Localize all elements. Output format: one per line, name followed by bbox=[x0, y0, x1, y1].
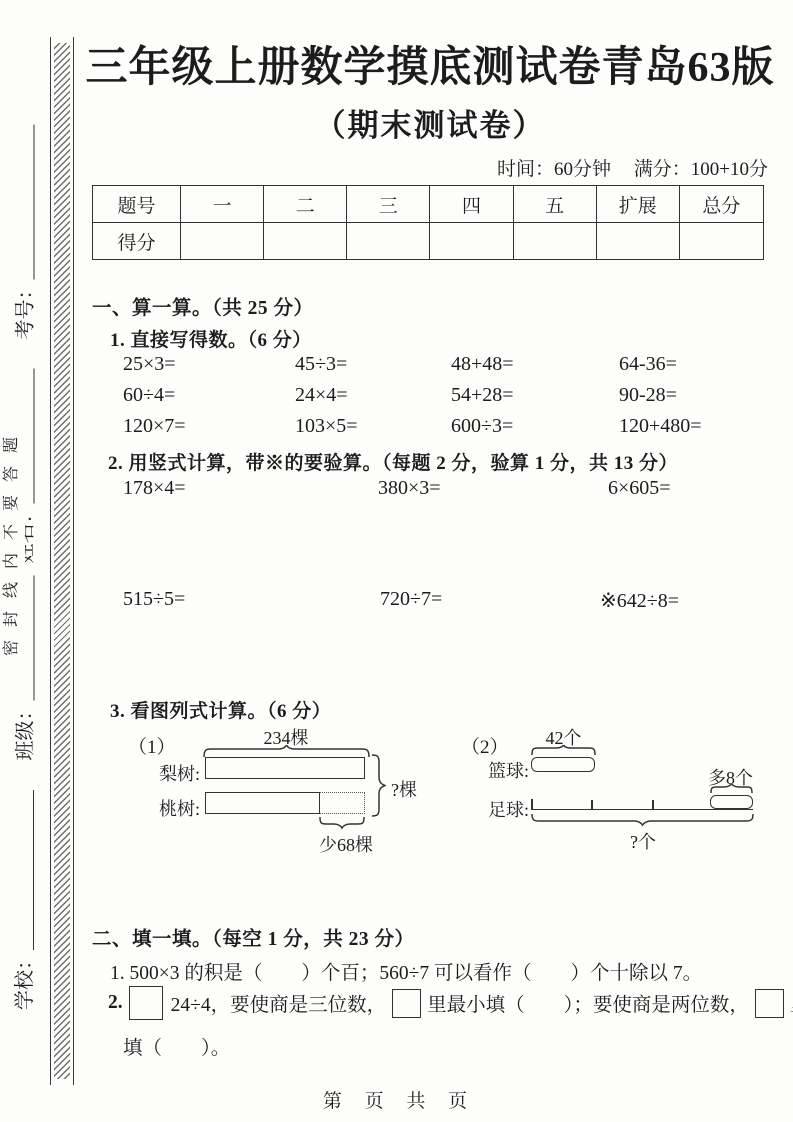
question-count-label: ?棵 bbox=[391, 776, 417, 802]
soccer-extra-box bbox=[710, 795, 753, 809]
tick-mark bbox=[591, 800, 593, 809]
exam-paper: 密封线内不要答题 考号： 姓名： 班级： 学校： 三年级上册数学摸底测试卷青岛6… bbox=[0, 0, 793, 1122]
pear-tree-bar bbox=[205, 757, 365, 779]
score-col-2: 二 bbox=[264, 186, 347, 223]
problem: 25×3= bbox=[123, 349, 295, 380]
name-blank bbox=[34, 369, 35, 504]
exam-number-blank bbox=[34, 125, 35, 280]
score-blank-cell bbox=[597, 223, 680, 259]
problem: 720÷7= bbox=[380, 588, 600, 613]
fill-q2-seg1: 24÷4，要使商是三位数， bbox=[171, 989, 386, 1017]
problem: 54+28= bbox=[451, 380, 619, 411]
problem: 64-36= bbox=[619, 349, 771, 380]
overbrace-extra bbox=[710, 784, 753, 794]
blank-box bbox=[755, 989, 784, 1018]
soccer-label: 足球: bbox=[488, 796, 529, 822]
score-col-3: 三 bbox=[347, 186, 430, 223]
q3-heading: 3. 看图列式计算。（6 分） bbox=[110, 696, 331, 723]
peach-tree-bar bbox=[205, 792, 320, 814]
score-blank-cell bbox=[680, 223, 763, 259]
score-blank-cell bbox=[430, 223, 513, 259]
field-school-label: 学校： bbox=[13, 950, 37, 1010]
page-footer: 第 页 共 页 bbox=[0, 1086, 793, 1113]
problem: 515÷5= bbox=[123, 588, 380, 613]
problem: 120+480= bbox=[619, 411, 771, 442]
q2-heading: 2. 用竖式计算，带※的要验算。（每题 2 分，验算 1 分，共 13 分） bbox=[108, 448, 678, 475]
problem: 6×605= bbox=[608, 477, 771, 500]
right-brace-question bbox=[372, 754, 386, 817]
score-blank-cell bbox=[347, 223, 430, 259]
field-exam-number: 考号： bbox=[14, 125, 38, 340]
score-col-4: 四 bbox=[430, 186, 513, 223]
problem: 24×4= bbox=[295, 380, 451, 411]
fill-q2-line1: 2. 24÷4，要使商是三位数， 里最小填（ ）；要使商是两位数， 里最大 bbox=[108, 986, 793, 1020]
problem: 60÷4= bbox=[123, 380, 295, 411]
overbrace-basketball bbox=[531, 745, 596, 756]
score-table-corner: 题号 bbox=[93, 186, 181, 223]
vertical-calc-row1: 178×4= 380×3= 6×605= bbox=[123, 477, 771, 500]
diagram1-number: （1） bbox=[128, 732, 176, 759]
problem: 48+48= bbox=[451, 349, 619, 380]
field-exam-number-label: 考号： bbox=[14, 280, 38, 340]
field-school: 学校： bbox=[13, 790, 37, 1010]
peach-tree-label: 桃树: bbox=[159, 795, 200, 821]
problem: 45÷3= bbox=[295, 349, 451, 380]
score-blank-cell bbox=[264, 223, 347, 259]
underbrace-less bbox=[319, 817, 366, 830]
mental-math-grid: 25×3= 45÷3= 48+48= 64-36= 60÷4= 24×4= 54… bbox=[123, 349, 771, 442]
blank-box bbox=[129, 986, 163, 1020]
problem: 90-28= bbox=[619, 380, 771, 411]
problem: 380×3= bbox=[378, 477, 608, 500]
page-subtitle: （期末测试卷） bbox=[80, 100, 780, 145]
soccer-question-label: ?个 bbox=[608, 828, 678, 854]
section1-heading: 一、算一算。（共 25 分） bbox=[92, 292, 314, 320]
problem: 103×5= bbox=[295, 411, 451, 442]
peach-tree-missing-bar bbox=[320, 792, 365, 814]
score-col-5: 五 bbox=[514, 186, 597, 223]
seal-line-text: 密封线内不要答题 bbox=[0, 410, 25, 670]
diagram2-number: （2） bbox=[461, 732, 509, 759]
score-row-label: 得分 bbox=[93, 223, 181, 259]
score-blank-cell bbox=[181, 223, 264, 259]
score-col-ext: 扩展 bbox=[597, 186, 680, 223]
underbrace-soccer bbox=[531, 814, 754, 827]
school-blank bbox=[33, 790, 34, 950]
exam-meta: 时间：60分钟 满分：100+10分 bbox=[420, 154, 768, 181]
score-table: 题号 一 二 三 四 五 扩展 总分 得分 bbox=[92, 185, 764, 260]
section2-heading: 二、填一填。（每空 1 分，共 23 分） bbox=[92, 923, 415, 951]
score-blank-cell bbox=[514, 223, 597, 259]
fill-q2-line2: 填（ ）。 bbox=[123, 1032, 230, 1060]
fill-q2-seg2: 里最小填（ ）；要使商是两位数， bbox=[427, 989, 749, 1017]
basketball-label: 篮球: bbox=[488, 757, 529, 783]
full-score: 满分：100+10分 bbox=[634, 159, 768, 180]
fill-q2-number: 2. bbox=[108, 992, 123, 1014]
q1-heading: 1. 直接写得数。（6 分） bbox=[110, 325, 312, 352]
problem: ※642÷8= bbox=[600, 588, 771, 613]
class-blank bbox=[34, 576, 35, 701]
problem: 178×4= bbox=[123, 477, 378, 500]
page-title: 三年级上册数学摸底测试卷青岛63版 bbox=[80, 34, 780, 94]
score-col-total: 总分 bbox=[680, 186, 763, 223]
diagram-balls: （2） 42个 篮球: 多8个 足球: ?个 bbox=[458, 724, 780, 866]
score-col-1: 一 bbox=[181, 186, 264, 223]
blank-box bbox=[392, 989, 421, 1018]
time-limit: 时间：60分钟 bbox=[497, 159, 611, 180]
fill-q1: 1. 500×3 的积是（ ）个百；560÷7 可以看作（ ）个十除以 7。 bbox=[110, 957, 702, 985]
tick-mark bbox=[652, 800, 654, 809]
hatch-pattern bbox=[54, 43, 70, 1079]
problem: 600÷3= bbox=[451, 411, 619, 442]
diagram-trees: （1） 234棵 梨树: 桃树: ?棵 少68棵 bbox=[125, 724, 460, 866]
vertical-calc-row2: 515÷5= 720÷7= ※642÷8= bbox=[123, 588, 771, 613]
soccer-bar bbox=[531, 795, 753, 810]
problem: 120×7= bbox=[123, 411, 295, 442]
less-count-label: 少68棵 bbox=[301, 831, 391, 857]
pear-tree-label: 梨树: bbox=[159, 760, 200, 786]
tick-mark bbox=[531, 799, 533, 809]
field-class-label: 班级： bbox=[14, 701, 38, 761]
seal-line-strip bbox=[50, 37, 74, 1085]
basketball-bar bbox=[531, 757, 595, 772]
